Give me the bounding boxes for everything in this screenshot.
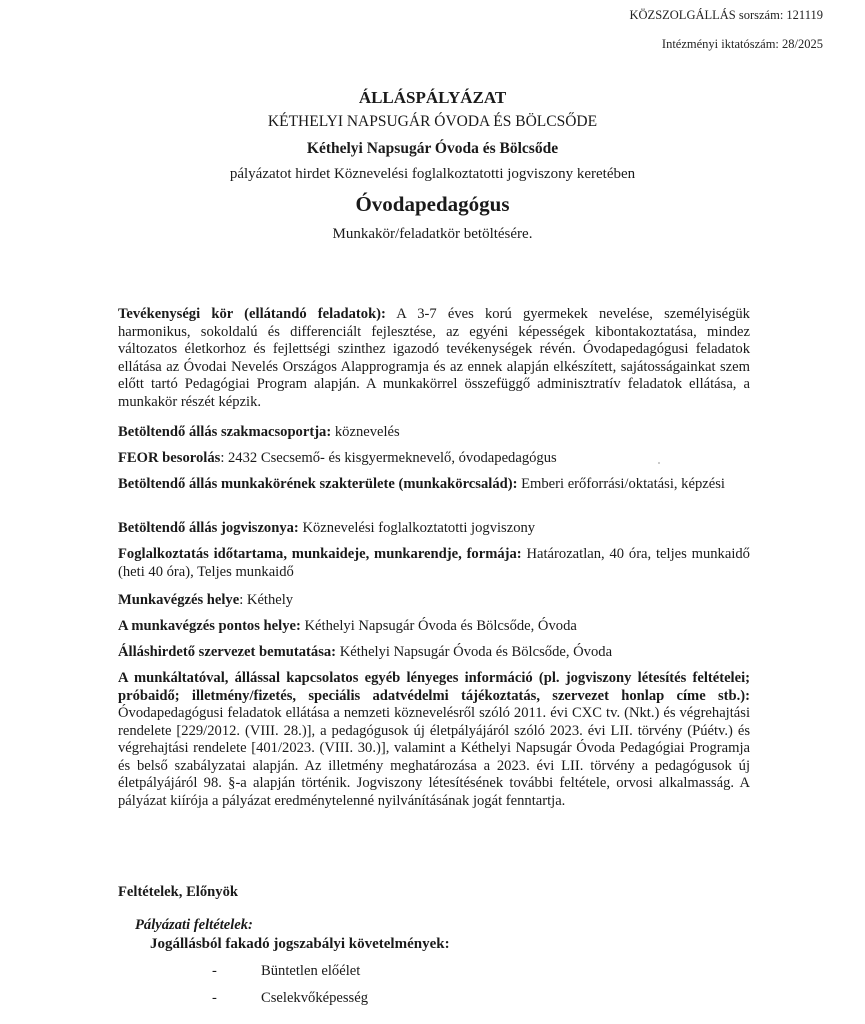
requirement-text: Büntetlen előélet: [261, 963, 360, 979]
field-label: Betöltendő állás jogviszonya:: [118, 520, 299, 536]
requirement-item: -Büntetlen előélet: [212, 963, 360, 980]
application-conditions-title: Pályázati feltételek:: [135, 917, 253, 934]
field-employment-terms: Foglalkoztatás időtartama, munkaideje, m…: [118, 546, 750, 581]
field-job-family: Betöltendő állás munkakörének szakterüle…: [118, 476, 750, 494]
field-feor: FEOR besorolás: 2432 Csecsemő- és kisgye…: [118, 450, 750, 468]
position-title: Óvodapedagógus: [0, 192, 865, 217]
field-value: köznevelés: [331, 424, 399, 440]
requirement-item: -Cselekvőképesség: [212, 990, 368, 1007]
institutional-file-number: Intézményi iktatószám: 28/2025: [662, 37, 823, 52]
field-activity-scope: Tevékenységi kör (ellátandó feladatok): …: [118, 306, 750, 411]
field-organization-intro: Álláshirdető szervezet bemutatása: Kéthe…: [118, 644, 750, 662]
field-value: Kéthelyi Napsugár Óvoda és Bölcsőde, Óvo…: [336, 644, 612, 660]
conditions-section-title: Feltételek, Előnyök: [118, 884, 238, 901]
field-additional-info: A munkáltatóval, állással kapcsolatos eg…: [118, 670, 750, 810]
field-label: Tevékenységi kör (ellátandó feladatok):: [118, 306, 386, 322]
field-label: Betöltendő állás munkakörének szakterüle…: [118, 476, 517, 492]
field-label: A munkáltatóval, állással kapcsolatos eg…: [118, 670, 750, 704]
document-page: KÖZSZOLGÁLLÁS sorszám: 121119 Intézményi…: [0, 0, 865, 1024]
field-value: : Kéthely: [239, 592, 293, 608]
announcement-line: pályázatot hirdet Köznevelési foglalkozt…: [0, 166, 865, 183]
field-value: Köznevelési foglalkoztatotti jogviszony: [299, 520, 535, 536]
legal-requirements-title: Jogállásból fakadó jogszabályi követelmé…: [150, 936, 450, 953]
field-label: Foglalkoztatás időtartama, munkaideje, m…: [118, 546, 522, 562]
field-exact-workplace: A munkavégzés pontos helye: Kéthelyi Nap…: [118, 618, 750, 636]
requirement-text: Cselekvőképesség: [261, 990, 368, 1006]
position-subtitle: Munkakör/feladatkör betöltésére.: [0, 226, 865, 243]
document-title: ÁLLÁSPÁLYÁZAT: [0, 88, 865, 108]
field-label: Betöltendő állás szakmacsoportja:: [118, 424, 331, 440]
organization-name-uppercase: KÉTHELYI NAPSUGÁR ÓVODA ÉS BÖLCSŐDE: [0, 113, 865, 131]
bullet-dash-icon: -: [212, 963, 261, 980]
scan-speck: [658, 462, 660, 464]
bullet-dash-icon: -: [212, 990, 261, 1007]
organization-name: Kéthelyi Napsugár Óvoda és Bölcsőde: [0, 140, 865, 158]
field-label: Álláshirdető szervezet bemutatása:: [118, 644, 336, 660]
kozszolgallas-number: KÖZSZOLGÁLLÁS sorszám: 121119: [630, 8, 824, 23]
field-value: Óvodapedagógusi feladatok ellátása a nem…: [118, 705, 750, 809]
field-value: : 2432 Csecsemő- és kisgyermeknevelő, óv…: [220, 450, 556, 466]
field-legal-relationship: Betöltendő állás jogviszonya: Köznevelés…: [118, 520, 750, 538]
field-value: Emberi erőforrási/oktatási, képzési: [517, 476, 724, 492]
field-value: Kéthelyi Napsugár Óvoda és Bölcsőde, Óvo…: [301, 618, 577, 634]
field-label: FEOR besorolás: [118, 450, 220, 466]
field-label: Munkavégzés helye: [118, 592, 239, 608]
field-professional-group: Betöltendő állás szakmacsoportja: köznev…: [118, 424, 750, 442]
field-workplace: Munkavégzés helye: Kéthely: [118, 592, 750, 610]
field-label: A munkavégzés pontos helye:: [118, 618, 301, 634]
